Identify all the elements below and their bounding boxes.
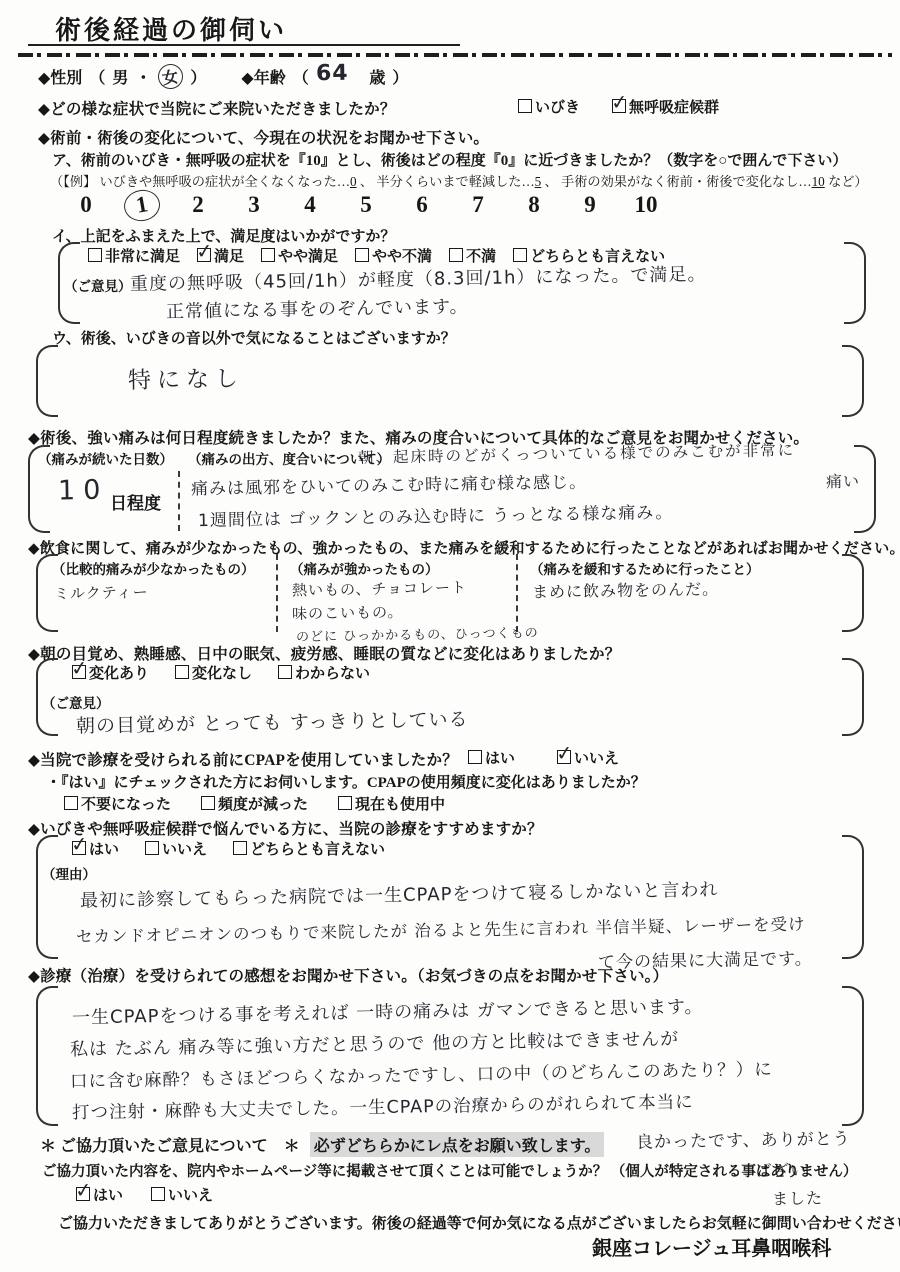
separator-dot: ・ [135,65,151,88]
checkbox-label: 非常に満足 [105,249,180,265]
checkbox-cpap-yes[interactable]: はい [468,747,515,768]
example-value: 0 [350,174,357,189]
pain-days-unit: 日程度 [110,489,161,514]
checkbox-hijou-manzoku[interactable]: 非常に満足 [88,245,180,266]
checkbox-icon [145,841,159,855]
age-unit: 歳 [369,65,385,88]
handwritten-impressions-line3: 口に含む麻酔？もさほどつらくなかったですし、口の中（のどちんこのあたり？）に [70,1056,773,1093]
profile-row: ◆性別 （ 男 ・ 女 ） ◆年齢 （ 64 歳 ） [38,64,408,89]
handwritten-food-col2-line2: 味のこいもの。 [292,601,404,624]
cpap-yesno: はい いいえ [468,747,619,768]
sleep-options: 変化あり 変化なし わからない [72,662,370,683]
food-divider-1 [276,554,278,632]
checkbox-icon [468,750,482,764]
satisfaction-answer-box: 非常に満足 満足 やや満足 やや不満 不満 どちらとも言えない （ご意見） 重度… [58,242,866,324]
pain-column-divider [178,471,180,531]
sleep-answer-box: 変化あり 変化なし わからない （ご意見） 朝の目覚めが とっても すっきりとし… [36,658,864,736]
handwritten-pain-line1: 痛みは風邪をひいてのみこむ時に痛む様な感じ。 [191,468,587,500]
cpap-question: ◆当院で診療を受けられる前にCPAPを使用していましたか？ [28,748,458,770]
checkbox-yaya-manzoku[interactable]: やや満足 [261,245,338,266]
paren: ） [190,65,206,88]
checkbox-label: いびき [535,100,580,116]
footer-note-row: ＊ ご協力頂いたご意見について ＊ 必ずどちらかにレ点をお願い致します。 [40,1132,604,1157]
publish-question: ご協力頂いた内容を、院内やホームページ等に掲載させて頂くことは可能でしょうか？ … [42,1160,857,1181]
handwritten-impressions-line4: 打つ注射・麻酔も大丈夫でした。一生CPAPの治療からのがれられて本当に [72,1089,694,1125]
cpap-options: 不要になった 頻度が減った 現在も使用中 [64,793,445,814]
checkbox-recommend-neutral[interactable]: どちらとも言えない [233,838,385,859]
checkbox-label: 無呼吸症候群 [629,100,719,116]
scale-number-9[interactable]: 9 [572,190,608,221]
example-text: 、 手術の効果がなく術前・術後で変化なし… [541,174,811,189]
handwritten-food-col1: ミルクティー [54,581,149,604]
paren: （ [293,65,309,88]
checkbox-label: いいえ [574,751,619,767]
symptom-question: ◆どの様な症状で当院にご来院いただきましたか？ [38,97,396,119]
scale-number-5[interactable]: 5 [348,190,384,221]
checkbox-label: はい [485,751,515,767]
handwritten-reason-line2: セカンドオピニオンのつもりで来院したが 治るよと先生に言われ 半信半疑、レーザー… [76,911,806,948]
checkbox-label: 満足 [214,249,244,265]
pain-days-label: （痛みが続いた日数） [38,448,173,468]
checkbox-wakaranai[interactable]: わからない [278,662,370,683]
age-label: ◆年齢 [241,65,285,88]
checkbox-label: やや不満 [372,249,432,265]
change-heading: ◆術前・術後の変化について、今現在の状況をお聞かせ下さい。 [38,126,489,148]
paren: （ [89,65,105,88]
food-col3-label: （痛みを緩和するために行ったこと） [530,558,760,578]
handwritten-pain-note2: 痛い [826,469,860,493]
recommend-options: はい いいえ どちらとも言えない [72,838,385,859]
handwritten-pain-line2: 1週間位は ゴックンとのみ込む時に うっとなる様な痛み。 [198,498,674,531]
example-text: 、 半分くらいまで軽減した… [357,174,535,189]
impressions-heading: ◆診療（治療）を受けられての感想をお聞かせ下さい。（お気づきの点をお聞かせ下さい… [28,964,668,986]
footer-star-label: ＊ ご協力頂いたご意見について ＊ [40,1133,300,1156]
checkbox-icon [197,248,211,262]
handwritten-impressions-line1: 一生CPAPをつける事を考えれば 一時の痛みは ガマンできると思います。 [72,992,704,1029]
checkbox-label: わからない [295,666,370,682]
scale-number-8[interactable]: 8 [516,190,552,221]
food-divider-2 [516,554,518,632]
clinic-name: 銀座コレージュ耳鼻咽喉科 [592,1232,831,1261]
checkbox-publish-no[interactable]: いいえ [151,1184,213,1205]
checkbox-label: 不要になった [81,797,171,813]
checkbox-henka-nashi[interactable]: 変化なし [175,662,252,683]
checkbox-henka-ari[interactable]: 変化あり [72,662,149,683]
example-value: 10 [812,174,825,189]
scale-number-3[interactable]: 3 [236,190,272,221]
checkbox-label: 頻度が減った [218,797,308,813]
handwritten-answer-c: 特になし [128,360,245,395]
rating-scale: 0 1 2 3 4 5 6 7 8 9 10 [68,190,664,221]
checkbox-icon [88,248,102,262]
food-col2-label: （痛みが強かったもの） [290,558,439,578]
gender-option-male[interactable]: 男 [112,65,128,88]
opinion-label: （ご意見） [64,275,132,295]
scale-number-4[interactable]: 4 [292,190,328,221]
checkbox-label: はい [93,1188,123,1204]
checkbox-label: いいえ [162,842,207,858]
checkbox-publish-yes[interactable]: はい [76,1184,123,1205]
publish-options: はい いいえ [76,1184,213,1205]
handwritten-opinion-line2: 正常値になる事をのぞんでいます。 [166,292,469,323]
checkbox-icon [175,665,189,679]
scale-number-7[interactable]: 7 [460,190,496,221]
handwritten-food-col3: まめに飲み物をのんだ。 [532,576,719,602]
gender-option-female[interactable]: 女 [157,62,185,90]
checkbox-icon [449,248,463,262]
checkbox-recommend-yes[interactable]: はい [72,838,119,859]
checkbox-label: 変化あり [89,666,149,682]
checkbox-yaya-fuman[interactable]: やや不満 [355,245,432,266]
checkbox-cpap-no[interactable]: いいえ [557,747,619,768]
handwritten-impressions-line2: 私は たぶん 痛み等に強い方だと思うので 他の方と比較はできませんが [70,1025,680,1062]
checkbox-ibiki[interactable]: いびき [518,96,580,117]
checkbox-icon [557,750,571,764]
checkbox-hindo-hetta[interactable]: 頻度が減った [201,793,308,814]
handwritten-pain-days: 10 [58,475,109,507]
reason-label: （理由） [42,863,96,883]
page-title: 術後経過の御伺い [55,10,287,47]
checkbox-icon [355,248,369,262]
checkbox-icon [261,248,275,262]
scale-number-1[interactable]: 1 [122,187,163,224]
pain-answer-box: （痛みが続いた日数） （痛みの出方、度合いについて） 10 日程度 朝、起床時の… [28,445,876,533]
checkbox-icon [72,665,86,679]
checkbox-label: はい [89,842,119,858]
example-text: など） [825,174,868,189]
checkbox-genzai-shiyou[interactable]: 現在も使用中 [338,793,445,814]
checkbox-icon [612,99,626,113]
handwritten-impressions-extra3: ました [772,1186,823,1210]
example-text: （【例】 いびきや無呼吸の症状が全くなくなった… [50,174,350,189]
impressions-answer-box: 一生CPAPをつける事を考えれば 一時の痛みは ガマンできると思います。 私は … [36,986,864,1126]
food-col1-label: （比較的痛みが少なかったもの） [52,558,255,578]
checkbox-label: どちらとも言えない [250,842,385,858]
dash-dot-divider [18,53,892,57]
gender-label: ◆性別 [38,65,82,88]
checkbox-label: やや満足 [278,249,338,265]
checkbox-label: 不満 [466,249,496,265]
question-c-answer-box: 特になし [36,345,864,417]
checkbox-icon [338,796,352,810]
food-answer-box: （比較的痛みが少なかったもの） （痛みが強かったもの） （痛みを緩和するために行… [36,554,864,632]
handwritten-impressions-extra1: 良かったです、ありがとう [636,1124,851,1153]
sleep-opinion-label: （ご意見） [42,692,110,712]
checkbox-icon [513,248,527,262]
checkbox-manzoku[interactable]: 満足 [197,245,244,266]
footer-highlight-note: 必ずどちらかにレ点をお願い致します。 [310,1132,605,1157]
scale-number-6[interactable]: 6 [404,190,440,221]
handwritten-food-col2-line1: 熱いもの、チョコレート [292,576,467,600]
scale-number-0[interactable]: 0 [68,190,104,221]
symptom-options: いびき 無呼吸症候群 [518,96,719,117]
checkbox-icon [151,1187,165,1201]
checkbox-icon [76,1187,90,1201]
checkbox-label: いいえ [168,1188,213,1204]
cpap-followup: ・『はい』にチェックされた方にお伺いします。CPAPの使用頻度に変化はありました… [46,771,646,792]
checkbox-icon [64,796,78,810]
checkbox-label: 現在も使用中 [355,797,445,813]
checkbox-icon [72,841,86,855]
checkbox-fuyou[interactable]: 不要になった [64,793,171,814]
handwritten-sleep-opinion: 朝の目覚めが とっても すっきりとしている [76,705,469,739]
checkbox-icon [201,796,215,810]
footer-thanks: ご協力いただきましてありがとうございます。術後の経過等で何か気になる点がございま… [58,1212,900,1233]
scale-number-10[interactable]: 10 [628,190,664,221]
checkbox-icon [278,665,292,679]
paren: ） [392,65,408,88]
change-example: （【例】 いびきや無呼吸の症状が全くなくなった…0 、 半分くらいまで軽減した…… [50,171,868,190]
age-value[interactable]: 64 [316,61,349,87]
checkbox-mukokyu[interactable]: 無呼吸症候群 [612,96,719,117]
checkbox-icon [518,99,532,113]
checkbox-recommend-no[interactable]: いいえ [145,838,207,859]
handwritten-reason-line1: 最初に診察してもらった病院では一生CPAPをつけて寝るしかないと言われ [80,875,719,912]
change-question-a: ア、術前のいびき・無呼吸の症状を『10』とし、術後はどの程度『0』に近づきました… [52,149,847,170]
title-underline [28,44,460,46]
recommend-answer-box: はい いいえ どちらとも言えない （理由） 最初に診察してもらった病院では一生C… [36,835,864,959]
scale-number-2[interactable]: 2 [180,190,216,221]
survey-form-page: 術後経過の御伺い ◆性別 （ 男 ・ 女 ） ◆年齢 （ 64 歳 ） ◆どの様… [0,0,900,1272]
checkbox-icon [233,841,247,855]
checkbox-label: 変化なし [192,666,252,682]
